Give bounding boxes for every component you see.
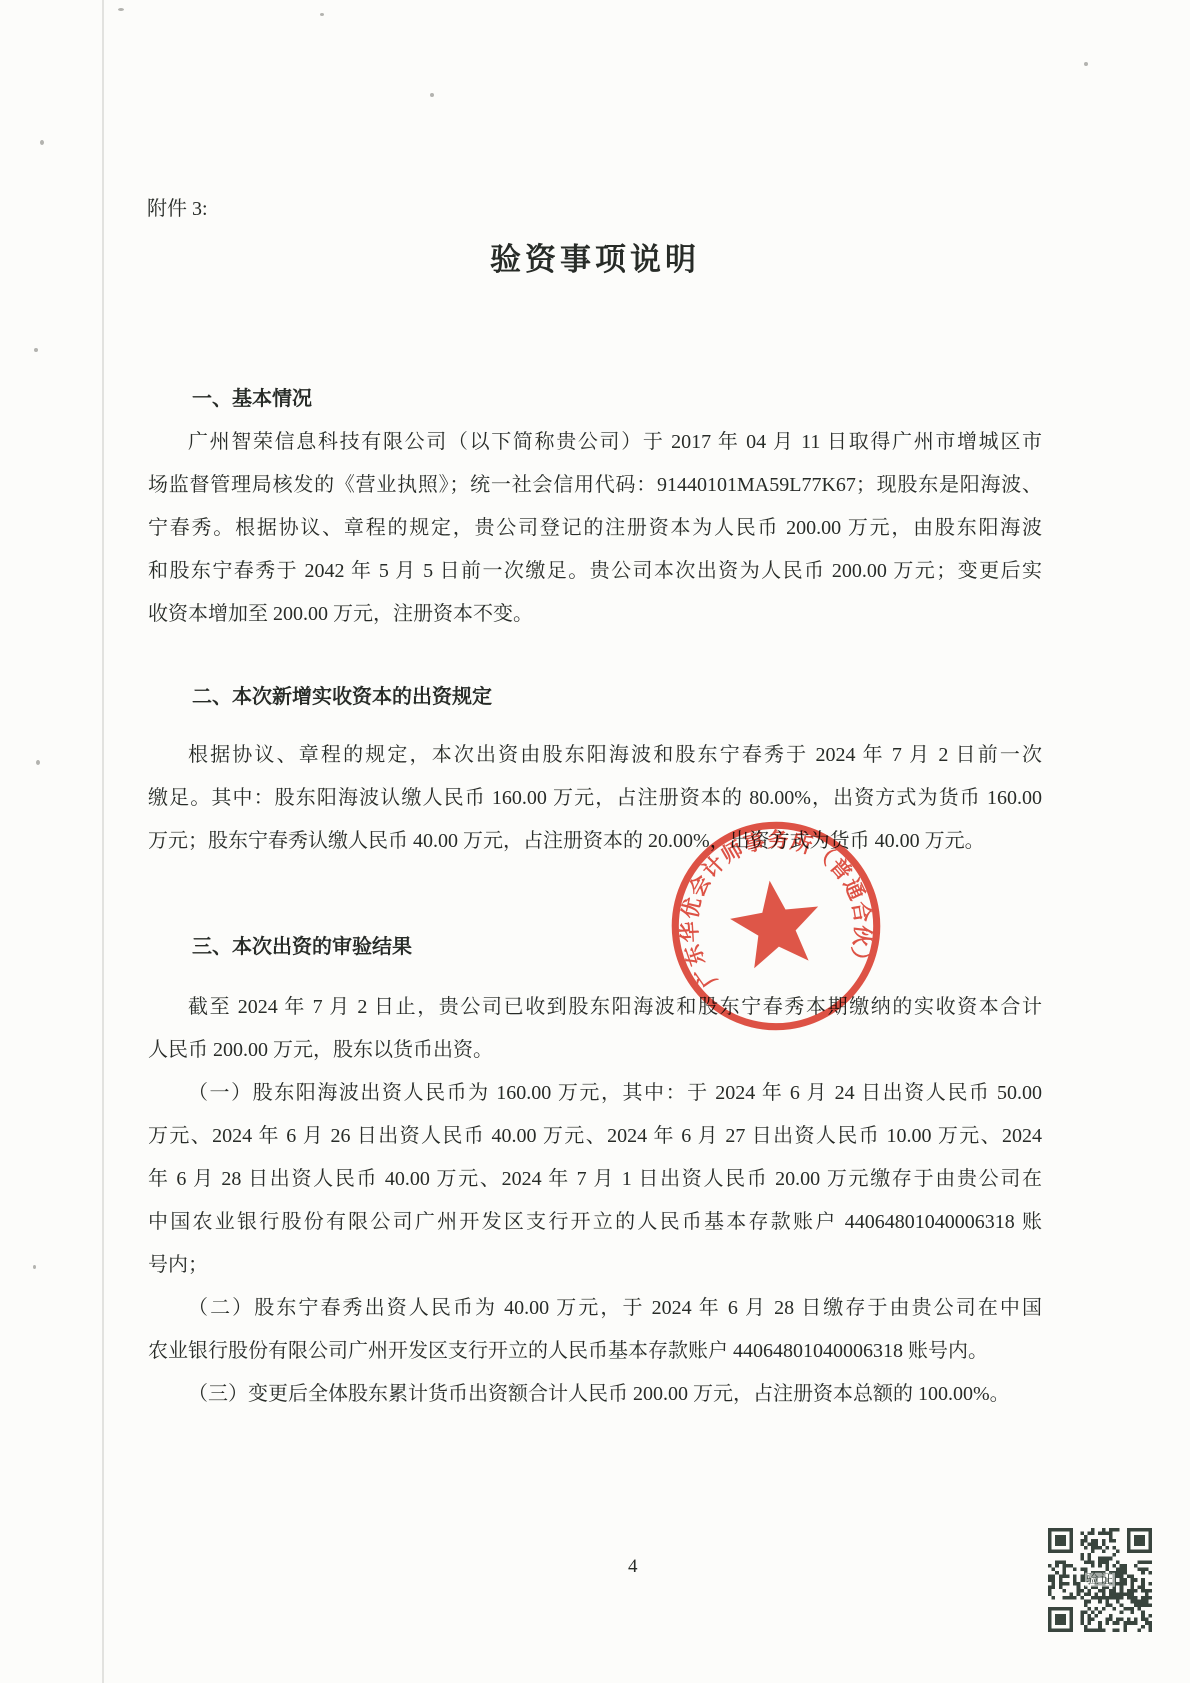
scan-artifact: [1084, 62, 1088, 66]
qr-center-label: 验证: [1085, 1573, 1115, 1587]
scan-artifact: [320, 13, 324, 16]
body-line: 截至 2024 年 7 月 2 日止，贵公司已收到股东阳海波和股东宁春秀本期缴纳…: [148, 986, 1042, 1029]
body-line: 根据协议、章程的规定，本次出资由股东阳海波和股东宁春秀于 2024 年 7 月 …: [148, 734, 1042, 777]
scan-artifact: [34, 348, 38, 352]
scan-artifact: [430, 93, 434, 97]
body-line: 万元、2024 年 6 月 26 日出资人民币 40.00 万元、2024 年 …: [148, 1115, 1042, 1158]
body-line: 广州智荣信息科技有限公司（以下简称贵公司）于 2017 年 04 月 11 日取…: [148, 421, 1042, 464]
scan-artifact: [40, 140, 44, 145]
attachment-label: 附件 3:: [147, 192, 208, 221]
section-3-heading: 三、本次出资的审验结果: [148, 926, 1042, 969]
body-line: （二）股东宁春秀出资人民币为 40.00 万元，于 2024 年 6 月 28 …: [148, 1287, 1042, 1330]
body-line: 年 6 月 28 日出资人民币 40.00 万元、2024 年 7 月 1 日出…: [148, 1158, 1042, 1201]
scan-artifact: [118, 8, 124, 11]
document-body: 一、基本情况 广州智荣信息科技有限公司（以下简称贵公司）于 2017 年 04 …: [148, 378, 1042, 1416]
section-1-heading: 一、基本情况: [148, 378, 1042, 421]
body-line: 场监督管理局核发的《营业执照》；统一社会信用代码：91440101MA59L77…: [148, 464, 1042, 507]
scan-artifact: [33, 1265, 36, 1269]
body-line: 缴足。其中：股东阳海波认缴人民币 160.00 万元，占注册资本的 80.00%…: [148, 777, 1042, 820]
page-title: 验资事项说明: [0, 234, 1190, 279]
document-page: 附件 3: 验资事项说明 一、基本情况 广州智荣信息科技有限公司（以下简称贵公司…: [0, 0, 1190, 1683]
body-line: 人民币 200.00 万元，股东以货币出资。: [148, 1029, 1042, 1072]
scan-artifact: [36, 760, 40, 765]
body-line: 中国农业银行股份有限公司广州开发区支行开立的人民币基本存款账户 44064801…: [148, 1201, 1042, 1244]
body-line: （一）股东阳海波出资人民币为 160.00 万元，其中：于 2024 年 6 月…: [148, 1072, 1042, 1115]
section-2-heading: 二、本次新增实收资本的出资规定: [148, 676, 1042, 719]
body-line: 万元；股东宁春秀认缴人民币 40.00 万元，占注册资本的 20.00%，出资方…: [148, 820, 1042, 863]
body-line: 宁春秀。根据协议、章程的规定，贵公司登记的注册资本为人民币 200.00 万元，…: [148, 507, 1042, 550]
body-line: 号内；: [148, 1244, 1042, 1287]
page-number: 4: [628, 1556, 638, 1578]
body-line: 收资本增加至 200.00 万元，注册资本不变。: [148, 593, 1042, 636]
body-line: 和股东宁春秀于 2042 年 5 月 5 日前一次缴足。贵公司本次出资为人民币 …: [148, 550, 1042, 593]
body-line: （三）变更后全体股东累计货币出资额合计人民币 200.00 万元，占注册资本总额…: [148, 1373, 1042, 1416]
body-line: 农业银行股份有限公司广州开发区支行开立的人民币基本存款账户 4406480104…: [148, 1330, 1042, 1373]
qr-code: 验证: [1048, 1528, 1152, 1632]
